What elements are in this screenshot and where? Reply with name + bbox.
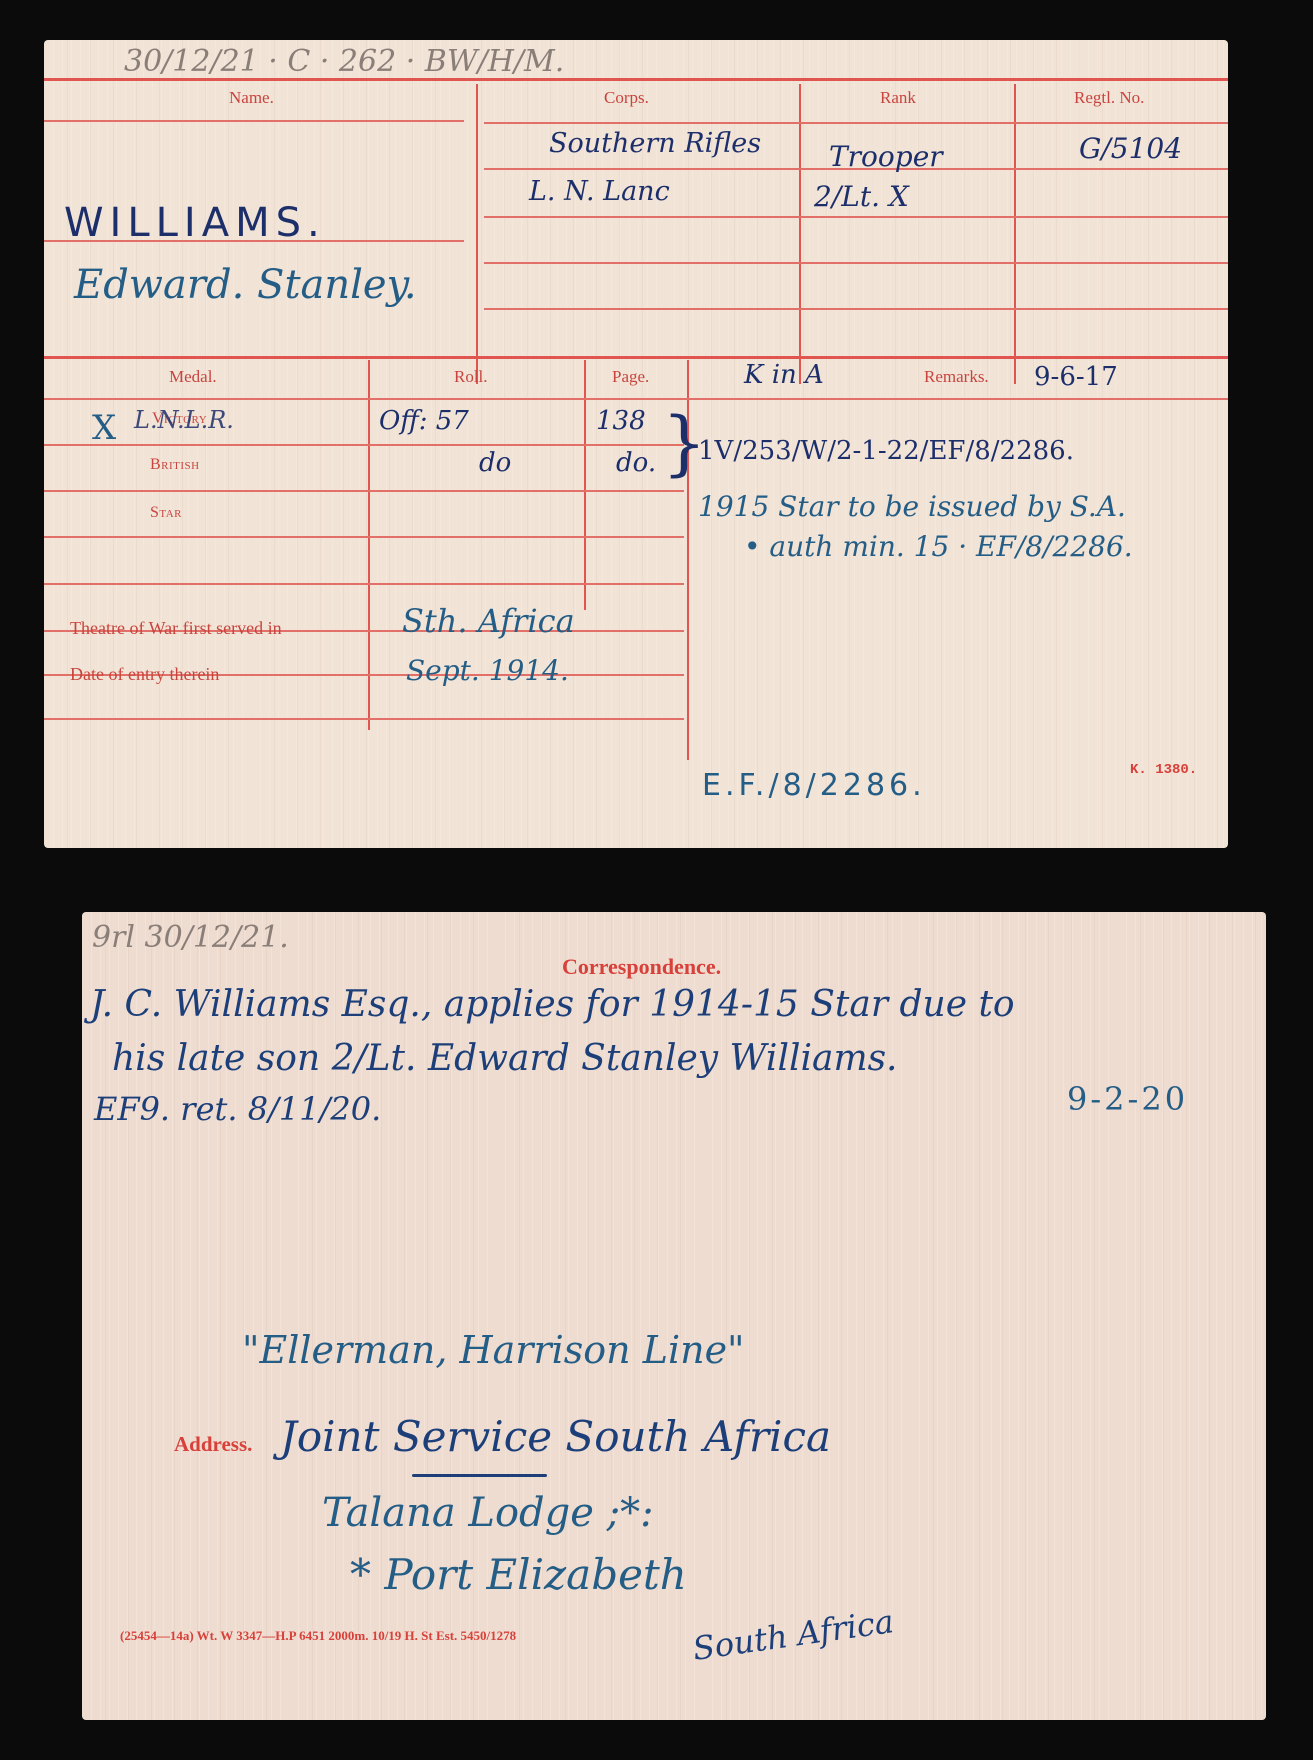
medal-unit-note: L.N.L.R. [134,406,234,434]
corps-line-1: Southern Rifles [549,128,761,159]
divider [44,444,684,446]
divider [44,583,684,585]
address-line-2: Joint Service South Africa [280,1412,831,1461]
divider [1014,84,1016,384]
divider [44,120,464,122]
regtl-no-value: G/5104 [1079,132,1182,165]
divider [476,84,478,384]
divider [44,536,684,538]
remarks-line-1: 1V/253/W/2-1-22/EF/8/2286. [698,436,1074,466]
theatre-label: Theatre of War first served in [70,618,282,639]
remarks-date: 9-6-17 [1034,362,1118,392]
page-header: Page. [612,367,649,387]
ef-reference: E.F./8/2286. [702,768,926,803]
divider [484,216,1228,218]
date-entry-label: Date of entry therein [70,664,219,685]
correspondence-line-2: his late son 2/Lt. Edward Stanley Willia… [112,1038,898,1079]
printer-imprint: (25454—14a) Wt. W 3347—H.P 6451 2000m. 1… [120,1628,516,1644]
page-value-1: 138 [596,406,646,436]
form-code: K. 1380. [1130,762,1197,778]
medal-index-card-front: 30/12/21 · C · 262 · BW/H/M. Name. Corps… [44,40,1228,848]
correspondence-line-1: J. C. Williams Esq., applies for 1914-15… [90,984,1015,1025]
underline [412,1474,547,1477]
regtl-no-header: Regtl. No. [1074,88,1144,108]
roll-value-2: do [479,448,511,478]
address-line-5: South Africa [690,1602,896,1668]
divider [44,398,1228,400]
rank-line-1: Trooper [829,140,943,173]
remarks-line-3: • auth min. 15 · EF/8/2286. [744,530,1133,563]
address-line-1: "Ellerman, Harrison Line" [242,1328,745,1372]
correspondence-date: 9-2-20 [1067,1080,1188,1118]
top-annotation: 30/12/21 · C · 262 · BW/H/M. [124,44,564,79]
corps-header: Corps. [604,88,649,108]
divider [484,122,1228,124]
corps-line-2: L. N. Lanc [529,176,670,207]
page-value-2: do. [616,448,656,478]
forenames: Edward. Stanley. [74,262,417,308]
divider [484,308,1228,310]
medal-british: British [150,456,200,474]
roll-header: Roll. [454,367,488,387]
address-label: Address. [174,1432,252,1457]
divider [484,262,1228,264]
date-entry-value: Sept. 1914. [406,654,569,687]
remarks-header: Remarks. [924,367,989,387]
address-line-4: * Port Elizabeth [350,1550,687,1599]
correspondence-line-3: EF9. ret. 8/11/20. [94,1090,381,1128]
medal-header: Medal. [169,367,217,387]
medal-star: Star [150,504,182,522]
divider [44,718,684,720]
correspondence-title: Correspondence. [562,954,721,980]
surname: WILLIAMS. [64,200,326,246]
remarks-line-2: 1915 Star to be issued by S.A. [698,490,1126,523]
divider [44,356,1228,359]
pencil-note: 9rl 30/12/21. [92,920,289,955]
medal-row-mark: X [92,408,116,448]
divider [44,78,1228,81]
remarks-kia: K in A [744,360,824,390]
theatre-value: Sth. Africa [402,602,575,640]
medal-index-card-back: 9rl 30/12/21. Correspondence. J. C. Will… [82,912,1266,1720]
name-header: Name. [229,88,274,108]
roll-value-1: Off: 57 [379,406,469,436]
rank-line-2: 2/Lt. X [814,180,909,213]
divider [44,490,684,492]
address-line-3: Talana Lodge ;*: [322,1490,654,1536]
rank-header: Rank [880,88,916,108]
divider [799,84,801,384]
